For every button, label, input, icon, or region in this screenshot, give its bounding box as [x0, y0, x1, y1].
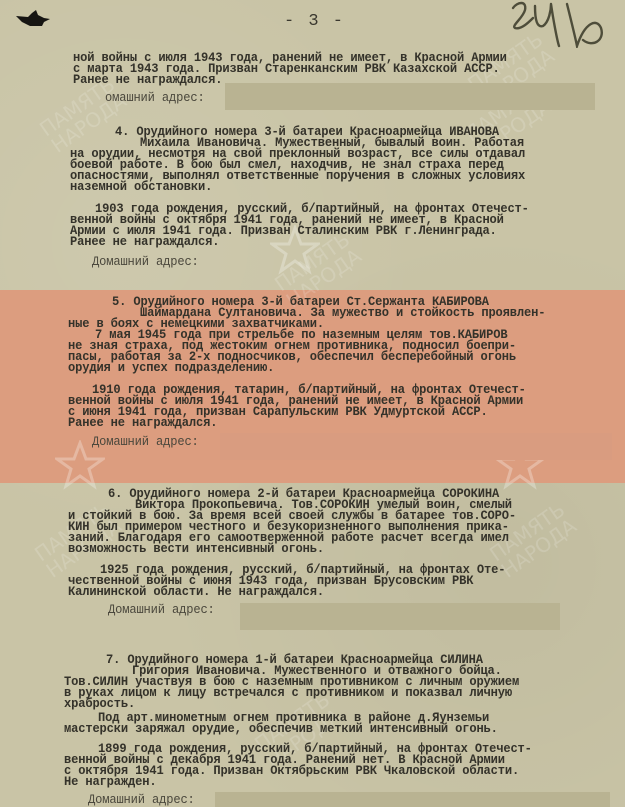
text-line: мастерски заряжал орудие, обеспечив метк…: [64, 723, 498, 736]
bio-line: Калининской области. Не награждался.: [68, 586, 324, 599]
text-line: Ранее не награждался.: [73, 74, 222, 87]
text-line: возможность вести интенсивный огонь.: [68, 543, 324, 556]
text-line: храбрость.: [64, 698, 135, 711]
text-line: орудия и успех подразделению.: [68, 362, 274, 375]
redacted-address: [240, 603, 560, 630]
redacted-address: [225, 83, 595, 110]
redacted-address: [215, 792, 610, 807]
redacted-address: [220, 433, 612, 460]
bio-line: Ранее не награждался.: [70, 236, 219, 249]
text-line: наземной обстановки.: [70, 181, 212, 194]
bio-line: Ранее не награждался.: [68, 417, 217, 430]
home-address-label: омашний адрес:: [105, 92, 205, 105]
document-page: ПАМЯТЬ НАРОДА ПАМЯТЬ НАРОДА ПАМЯТЬ НАРОД…: [0, 0, 625, 807]
ink-blot-mark: [16, 10, 50, 26]
home-address-label: Домашний адрес:: [92, 436, 199, 449]
bio-line: Не награжден.: [64, 776, 156, 789]
home-address-label: Домашний адрес:: [92, 256, 199, 269]
home-address-label: Домашний адрес:: [108, 604, 215, 617]
page-number: - 3 -: [284, 12, 345, 31]
handwritten-archive-number: [505, 0, 615, 48]
home-address-label: Домашний адрес:: [88, 794, 195, 807]
